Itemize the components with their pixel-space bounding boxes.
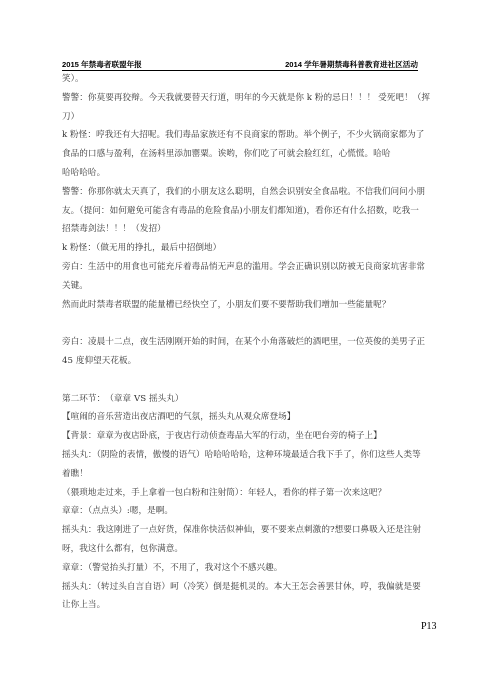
body-line: 友。（提问：如何避免可能含有毒品的危险食品)小朋友们都知道)，看你还有什么招数，… [62, 202, 422, 221]
body-line: k 粉怪：（做无用的挣扎，最后中招倒地） [62, 239, 422, 258]
header-right-title: 2014 学年暑期禁毒科普教育进社区活动 [285, 59, 418, 70]
body-line: 然而此时禁毒者联盟的能量槽已经快空了，小朋友们要不要帮助我们增加一些能量呢？ [62, 296, 422, 315]
body-line: k 粉怪：哼我还有大招呢。我们毒品家族还有不良商家的帮助。举个例子，不少火锅商家… [62, 126, 422, 145]
body-line: 章章：（点点头）:嗯，是啊。 [62, 502, 422, 521]
body-line: 【背景：章章为夜店卧底，于夜店行动侦查毒品大军的行动，坐在吧台旁的椅子上】 [62, 427, 422, 446]
body-line: 着瞧！ [62, 465, 422, 484]
body-line: 哈哈哈哈。 [62, 164, 422, 183]
page-number: P13 [421, 621, 437, 632]
body-line: 关键。 [62, 277, 422, 296]
body-line: 呀，我这什么都有，包你满意。 [62, 540, 422, 559]
body-line: 45 度仰望天花板。 [62, 352, 422, 371]
body-line: 食品的口感与盈利，在汤料里添加罂粟。诶哟，你们吃了可就会脸红红，心慌慌。哈哈 [62, 145, 422, 164]
body-line: 摇头丸：我这刚进了一点好货，保准你快活似神仙，要不要来点刺激的?想要口鼻吸入还是… [62, 521, 422, 540]
body-line: 警警：你莫要再狡辩。今天我就要替天行道，明年的今天就是你 k 粉的忌日！！！ 受… [62, 89, 422, 108]
body-line: 警警：你那你就太天真了，我们的小朋友这么聪明，自然会识别安全食品啦。不信我们问问… [62, 183, 422, 202]
section-heading: 第二环节： （章章 VS 摇头丸） [62, 390, 422, 409]
body-line: 旁白：生活中的用食也可能充斥着毒品悄无声息的滥用。学会正确识别以防被无良商家坑害… [62, 258, 422, 277]
body-line: 章章：（警觉抬头打量）不，不用了，我对这个不感兴趣。 [62, 559, 422, 578]
body-line: 旁白：凌晨十二点，夜生活刚刚开始的时间，在某个小角落破烂的酒吧里，一位英俊的美男… [62, 333, 422, 352]
blank-line [62, 371, 422, 390]
body-line: 让你上当。 [62, 596, 422, 615]
body-line: 摇头丸：（阴险的表情，傲慢的语气）哈哈哈哈哈，这种环境最适合我下手了，你们这些人… [62, 446, 422, 465]
document-page: 2015 年禁毒者联盟年报 2014 学年暑期禁毒科普教育进社区活动 笑）。 警… [0, 0, 480, 678]
body-line: 笑）。 [62, 70, 422, 89]
body-line: 摇头丸：（转过头自言自语）呵（冷笑）倒是挺机灵的。本大王怎会善罢甘休，哼，我偏就… [62, 578, 422, 597]
body-line: 招禁毒剑法！！！（发招） [62, 220, 422, 239]
body-line: 刀） [62, 108, 422, 127]
document-body: 笑）。 警警：你莫要再狡辩。今天我就要替天行道，明年的今天就是你 k 粉的忌日！… [62, 70, 422, 615]
header-left-title: 2015 年禁毒者联盟年报 [62, 59, 142, 70]
blank-line [62, 314, 422, 333]
body-line: 【喧闹的音乐营造出夜店酒吧的气氛，摇头丸从观众席登场】 [62, 408, 422, 427]
body-line: （猥琐地走过来，手上拿着一包白粉和注射筒）：年轻人，看你的样子第一次来这吧？ [62, 484, 422, 503]
